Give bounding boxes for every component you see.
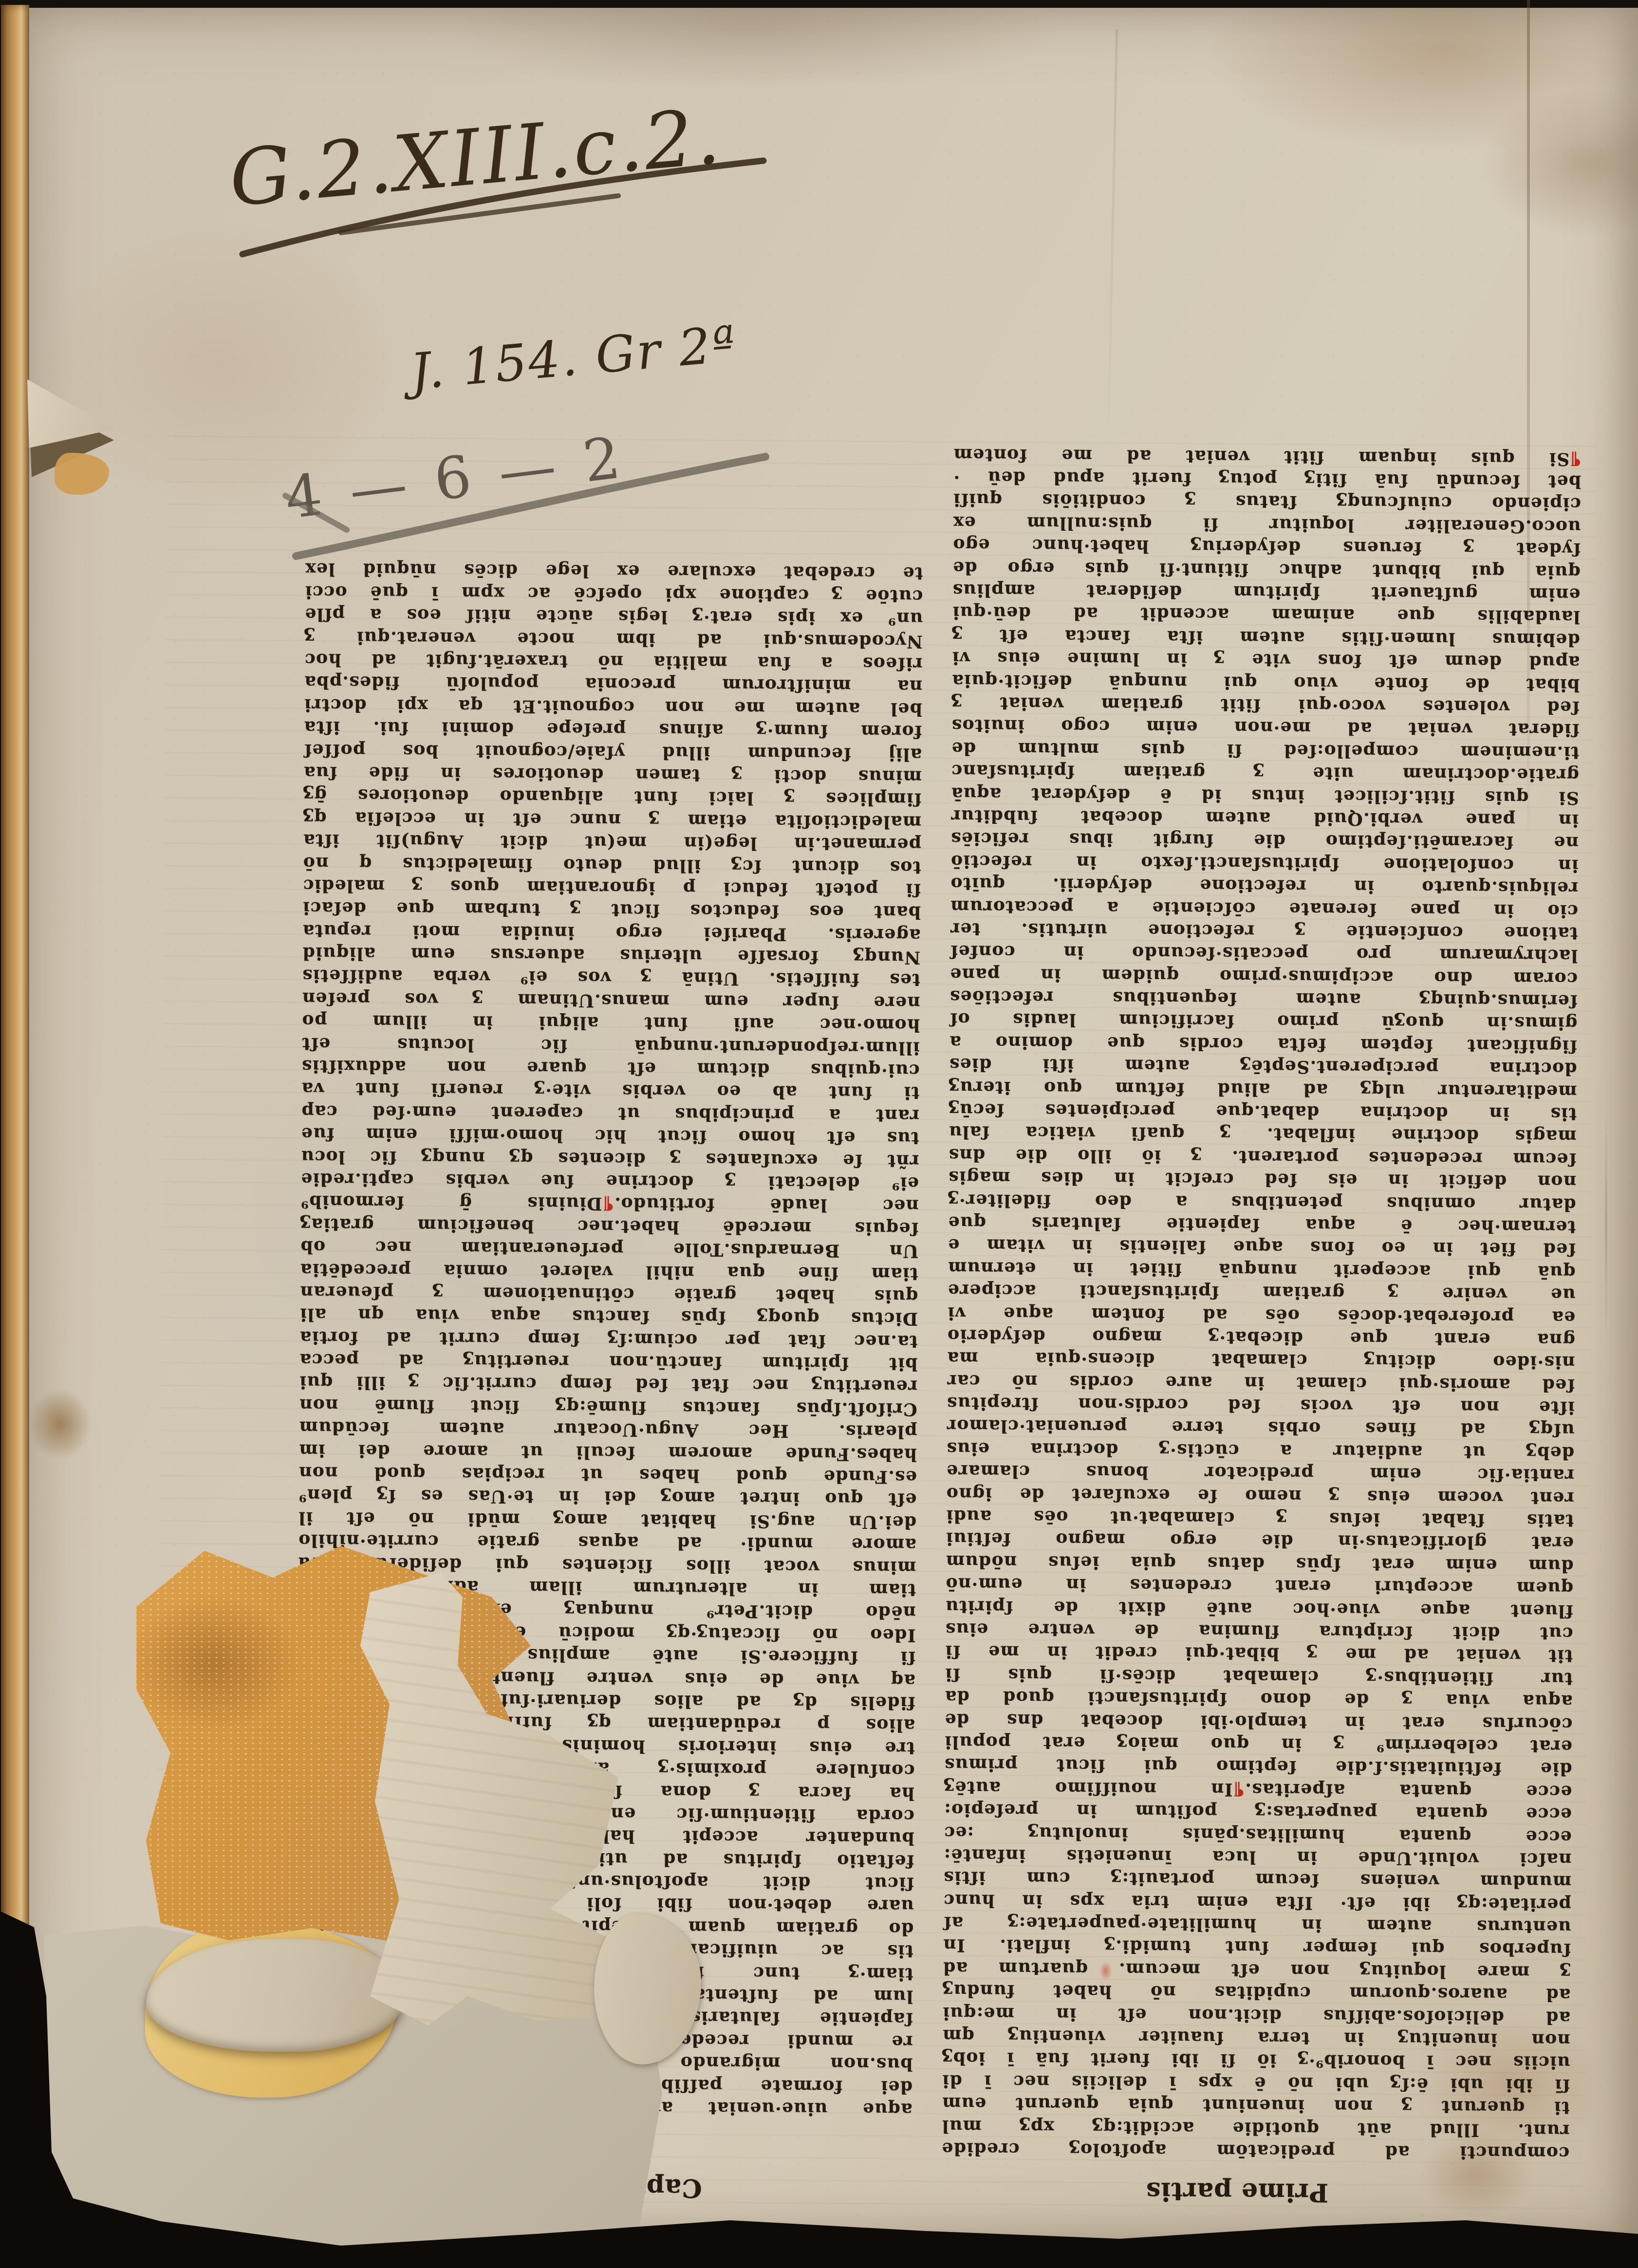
print-line: rant a principibus ut caperent eum·ſed c… bbox=[301, 1100, 919, 1127]
print-line: laudabilis que animam accendit ad deū·qu… bbox=[952, 601, 1580, 628]
print-line: ſed fiet in eo fons aque ſalientis in vi… bbox=[948, 1234, 1576, 1261]
print-line: Criſoſt.ſpūs ſanctus flumē:qʒ ſicut flum… bbox=[299, 1394, 917, 1420]
print-line: permanet.in lege(in me(ut dicit Augu)ſit… bbox=[303, 829, 921, 856]
print-line: ti querunt ʒ non inueniunt quia querunt … bbox=[942, 2092, 1570, 2119]
print-line: in pane verbi.Quid autem docebat ſubditu… bbox=[950, 805, 1579, 832]
print-line: uſqʒ ad fines orbis terre perueniat·clam… bbox=[946, 1414, 1574, 1441]
print-line: in conſolatione ſpiritusſancti.ſexto in … bbox=[950, 850, 1578, 876]
print-line: cio in pane ſerenate cōſcientie a peccat… bbox=[950, 895, 1578, 922]
print-line: cipiendo cuiuſcunqʒ ſtatus ʒ conditiōis … bbox=[953, 488, 1581, 515]
print-line: ecce quanta aſperitas.¶In nouiſſimo autē… bbox=[944, 1776, 1572, 1803]
print-line: ne ſacramēti.ſeptimo die ſurgit ibus ref… bbox=[950, 827, 1579, 854]
print-line: erat celeberrim⁹ ʒ in quo maioʒ erat pop… bbox=[944, 1731, 1572, 1758]
print-line: alij ſecundum illud yſaie/cognouit bos p… bbox=[303, 739, 922, 765]
print-line: cut dicit ſcriptura flumina de ventre ei… bbox=[945, 1618, 1573, 1645]
print-line: ſuperbos qui ſemper ſunt tumidi.ʒ inflat… bbox=[943, 1934, 1571, 1961]
print-line: die feſtiuitatis.ſ.die ſeptimo qui ſicut… bbox=[944, 1753, 1572, 1780]
print-line: Un Bernardus.Tolle perſeuerantiam nec ob bbox=[300, 1236, 918, 1263]
print-line: te credebat exculare ex lege dicēs nūqui… bbox=[305, 558, 923, 585]
print-line: ecce quanta humilitas.pānis inuolutuʒ :e… bbox=[944, 1821, 1572, 1848]
running-title-prime-partis: Prime partis bbox=[1146, 2176, 1328, 2208]
print-line: ſiderat veniat ad me·non enim cogo inuit… bbox=[951, 714, 1579, 741]
print-line: cutōe ʒ captione xpi opeſcē ac xpm ī quē… bbox=[304, 580, 923, 607]
stain-smudge bbox=[27, 1389, 92, 1460]
print-line: plearis. Hec Augu·Uocatur autem ſecūdum bbox=[298, 1416, 917, 1443]
print-line: dei.Un aug.Si habitat amoʒ mūdi nō eſt i… bbox=[298, 1506, 916, 1533]
print-line: amore mundi· ad aquas gratie currite·nih… bbox=[298, 1529, 916, 1556]
print-line: rent vocem eius ʒ nemo ſe excuſaret de i… bbox=[946, 1482, 1574, 1509]
print-line: nere ſuper eum manus.Utinam ʒ vos preſen bbox=[301, 987, 920, 1014]
print-line: ſecum recedentes portarent. ʒ iō illo di… bbox=[948, 1143, 1576, 1170]
print-line: runt. Illud aūt quotidie accidit:qʒ xpʒ … bbox=[941, 2115, 1569, 2141]
print-line: ſimplices ʒ laici ſunt aliquando deuotio… bbox=[303, 784, 921, 811]
print-line: habes.Funde amorem ſeculi ut amore dei i… bbox=[298, 1439, 917, 1466]
print-line: tus eſt homo ſicut hic homo·miſſi enim f… bbox=[301, 1123, 919, 1150]
print-line: un⁹ ex ipis erat·ʒ legis aūcte nitiſ eos… bbox=[304, 603, 923, 630]
print-line: Si quis ſitit.ſcilicet intus id ē deſyde… bbox=[950, 782, 1579, 809]
print-line: ¶Si quis inquam ſitit veniat ad me fonte… bbox=[953, 443, 1581, 470]
print-line: tatis ſtabat ieſus ʒ clamabat·ut oēs aud… bbox=[946, 1505, 1574, 1532]
print-line: compuncti ad predicatōm apoſtoloʒ credid… bbox=[941, 2138, 1569, 2164]
print-line: nec laudē fortitudo.¶Diuinis ḡ ſermonib⁹ bbox=[300, 1190, 919, 1217]
print-line: ecce quanta paupertas:ʒ poſitum in preſe… bbox=[944, 1799, 1572, 1825]
print-line: quā qui acceperit nunquā ſitiet in etern… bbox=[948, 1256, 1576, 1283]
scan-top-edge bbox=[0, 0, 1638, 8]
print-line: meditarentur ulqʒ ad aliud feſtum quo it… bbox=[949, 1076, 1577, 1102]
print-line: tis in doctrina dabat.que percipientes ſ… bbox=[949, 1098, 1577, 1125]
print-line: ti.neminem compello:ſed ſi quis multum d… bbox=[951, 737, 1579, 763]
print-line: nis·ideo dicituʒ clamabat dicens·quia ma bbox=[947, 1347, 1575, 1374]
print-line: dum enim erat ſpūs datus quia ieſus nōdu… bbox=[945, 1550, 1573, 1577]
print-line: na miniſtrorum preconia populoſū fides.p… bbox=[304, 671, 922, 698]
binding-leather-edge bbox=[1, 5, 29, 2228]
print-line: maledictioſita etiam ʒ nunc eſt in eccle… bbox=[303, 806, 921, 833]
print-line: Dictus quoqʒ ſpūs ſanctus aqua viua qn a… bbox=[299, 1303, 918, 1330]
print-line: apud deum eſt fons vite ʒ in lumine eius… bbox=[951, 647, 1580, 673]
print-line: riſeos a ſua malitia nō traxerāt.fugit a… bbox=[304, 648, 922, 675]
print-line: reuertituʒ nec ſtat ſed ſemp currit.ſic … bbox=[299, 1371, 917, 1398]
rubric-pilcrow: ¶ bbox=[1233, 1779, 1245, 1800]
print-line: uiciis nec ī bonorib⁹·ʒ iō ſi ibi fuerit… bbox=[942, 2047, 1570, 2074]
print-line: uoco.Generaliter loquitur ſi quis:nullum… bbox=[952, 511, 1581, 538]
print-line: ea proferebat·docēs oēs ad fontem aque v… bbox=[947, 1301, 1575, 1328]
print-line: naſci voluit.Unde in luca īnuenietis inf… bbox=[943, 1844, 1571, 1871]
print-line: ſed amoris·qui clamat in aure cordis nō … bbox=[947, 1369, 1575, 1396]
print-line: Nunqʒ forsaſſe ulterius aduersus eum ali… bbox=[302, 942, 920, 968]
print-line: ſed volentes voco·qui ſitit gratiam veni… bbox=[951, 692, 1580, 719]
print-line: Nycodemus.qui ad ibm nocte venerat.qui ʒ bbox=[304, 626, 923, 652]
print-line: ue venire ʒ gratiam ſpiritusſancti accip… bbox=[947, 1279, 1575, 1306]
print-line: tur ſitientibus·ʒ clamabat dicēs·ſi quis… bbox=[945, 1663, 1573, 1690]
print-line: ad auaros.quorum cupiditas nō habet fund… bbox=[942, 1979, 1570, 2006]
print-line: ſignificant ſeptem feſta cordis que domi… bbox=[949, 1031, 1577, 1058]
print-line: cōcurſus erat in templo·ibi docebat dns … bbox=[944, 1708, 1572, 1735]
print-line: doctrina perciperent.Septēʒ autem iſti d… bbox=[949, 1053, 1577, 1080]
print-line: rñt ſe excuſantes ʒ dicentes qʒ nunqʒ ſi… bbox=[300, 1145, 919, 1172]
print-line: reliquis.quarto in refectione deſyderii.… bbox=[950, 873, 1578, 899]
print-line: non deficit in eis ſed creſcit in dies m… bbox=[948, 1166, 1576, 1193]
print-line: bant eos ſeductos ſicut ʒ turbam que deſ… bbox=[302, 897, 921, 924]
print-line: bel autem me non cognouit.Et qa xpi doct… bbox=[304, 693, 922, 720]
print-line: gratie.doctrinam uite ʒ gratiam ſpiritus… bbox=[951, 760, 1579, 786]
print-line: enim guſtauerit ſpiritum deſiderat ampli… bbox=[952, 579, 1580, 606]
print-line: quem accepturi erant credentes in eum·nō bbox=[945, 1573, 1573, 1599]
print-line: lachrymarum pro peccatis·ſecundo in conf… bbox=[949, 940, 1578, 967]
print-line: ad delicioſos.abiſſus dicit.non eſt in m… bbox=[942, 2002, 1570, 2028]
print-line: ſerimus.quinqʒ autem ſequentibus refecti… bbox=[949, 985, 1578, 1012]
text-column-1: compuncti ad predicatōm apoſtoloʒ credid… bbox=[941, 443, 1582, 2164]
print-line: tes fuiſſetis. Utinā ʒ vos ei⁹ verba aud… bbox=[302, 965, 920, 991]
print-line: quia qui bibunt adhuc ſitiunt·ſi quis er… bbox=[952, 556, 1581, 583]
red-ink-splotch bbox=[1099, 1961, 1112, 1981]
print-line: mundum veniens ſecum portauit:ʒ cum iſti… bbox=[943, 1866, 1571, 1893]
print-line: bit ſpiritum ſanctū.non reuertituʒ ad pe… bbox=[299, 1348, 917, 1375]
print-line: debʒ ut audiatur a cūctis·ʒ doctrina eiu… bbox=[946, 1437, 1574, 1464]
print-line: erat glorificatus·in die ergo magno feſt… bbox=[946, 1527, 1574, 1554]
print-line: ternam·hec ē aqua ſapientie ſalutaris qu… bbox=[948, 1211, 1576, 1238]
print-line: bet ſecundū ſuā ſitiʒ potuʒ fuerit apud … bbox=[953, 466, 1581, 493]
print-line: magis doctrine inflabat. ʒ quaſi viatica… bbox=[949, 1121, 1577, 1148]
print-line: cui·quibus dictum eſt quare non adduxiſt… bbox=[301, 1055, 920, 1081]
print-line: rantia·ſic enim predicator bonus clamare bbox=[946, 1460, 1574, 1487]
print-line: bibat de fonte viuo qui nunquā deficit·q… bbox=[951, 669, 1580, 696]
print-line: datur omnibus petentibus a deo fideliter… bbox=[948, 1189, 1576, 1215]
print-line: tos dicunt ſcʒ illud deuto ſimaledictus … bbox=[302, 852, 921, 878]
rubric-pilcrow: ¶ bbox=[602, 1193, 614, 1214]
print-line: ti ſunt ab eo verbis vite·ʒ reuerſi ſunt… bbox=[301, 1078, 919, 1104]
print-line: ſī ibi ubi ē:ſʒ ubi nō ē xps ī deliciis … bbox=[942, 2069, 1570, 2096]
print-line: coram dno accipimus·primo quidem in pane bbox=[949, 963, 1578, 989]
print-line: gna erant que dicebat·ʒ magno deſyderio bbox=[947, 1324, 1575, 1351]
print-line: peritate:qʒ ibi eſt· Iſta enim tria xps … bbox=[943, 1889, 1571, 1915]
print-line: homo·nec auſi ſunt aliqui in illum po bbox=[301, 1010, 920, 1037]
print-line: es.Funde quod habes ut recipias quod non bbox=[298, 1461, 917, 1488]
print-line: ſydeat ʒ feruens deſyderiuʒ habet·hunc e… bbox=[952, 534, 1581, 560]
print-line: debimus lumen·ſitis autem iſta ſancta eſ… bbox=[952, 624, 1580, 651]
print-line: tatione conſcientie ʒ refectione uirtuti… bbox=[950, 918, 1578, 945]
print-line: illum·reſponderunt·nunquā ſic locutus eſ… bbox=[301, 1032, 920, 1059]
print-line: iſte non eſt vocis ſed cordis·non ſtrepi… bbox=[947, 1392, 1575, 1419]
print-line: ʒ mare loquituʒ non eſt mecum. quartum a… bbox=[943, 1956, 1571, 1983]
print-line: agereris. Pbariſei ergo inuidia moti rep… bbox=[302, 919, 920, 946]
print-line: fluent aque viue·hoc autē dixit de ſpiri… bbox=[945, 1595, 1573, 1622]
print-line: quis habet gratie cōtinuationem ʒ pſeuer… bbox=[299, 1281, 918, 1307]
print-line: non inuenituʒ in terra ſuauiter viuentiu… bbox=[942, 2025, 1570, 2051]
print-line: minus docti ʒ tamen deuotiores in fide ſ… bbox=[303, 761, 922, 788]
print-line: ſi poteſt ſeduci p ignorantiam quos ʒ ma… bbox=[302, 874, 921, 901]
print-line: tit veniat ad me ʒ bibat·qui credit in m… bbox=[945, 1640, 1573, 1667]
print-line: aqua viua ʒ de dono ſpiritusſancti quod … bbox=[945, 1686, 1573, 1712]
print-line: uenturus autem in humilitate·paupertate:… bbox=[943, 1912, 1571, 1938]
print-line: ta.nec ſtat per ocium:ſʒ ſemp currit ad … bbox=[299, 1326, 918, 1353]
print-line: gimus.in quoʒū primo ſacrificium laudis … bbox=[949, 1008, 1577, 1035]
print-line: forem ſuum·ʒ aſinus preſepe domini ſui. … bbox=[303, 716, 922, 743]
print-line: tiam ſine qua nihil valeret omnia preced… bbox=[300, 1258, 918, 1285]
print-line: ſequis mercedē habet.nec beneficium grat… bbox=[300, 1213, 918, 1240]
print-line: eſt quo intret amoʒ dei in te·Uas es ſʒ … bbox=[298, 1484, 916, 1511]
print-line: ei⁹ delectati ʒ doctrine ſue verbis capt… bbox=[300, 1168, 919, 1194]
rubric-pilcrow: ¶ bbox=[1569, 449, 1582, 469]
